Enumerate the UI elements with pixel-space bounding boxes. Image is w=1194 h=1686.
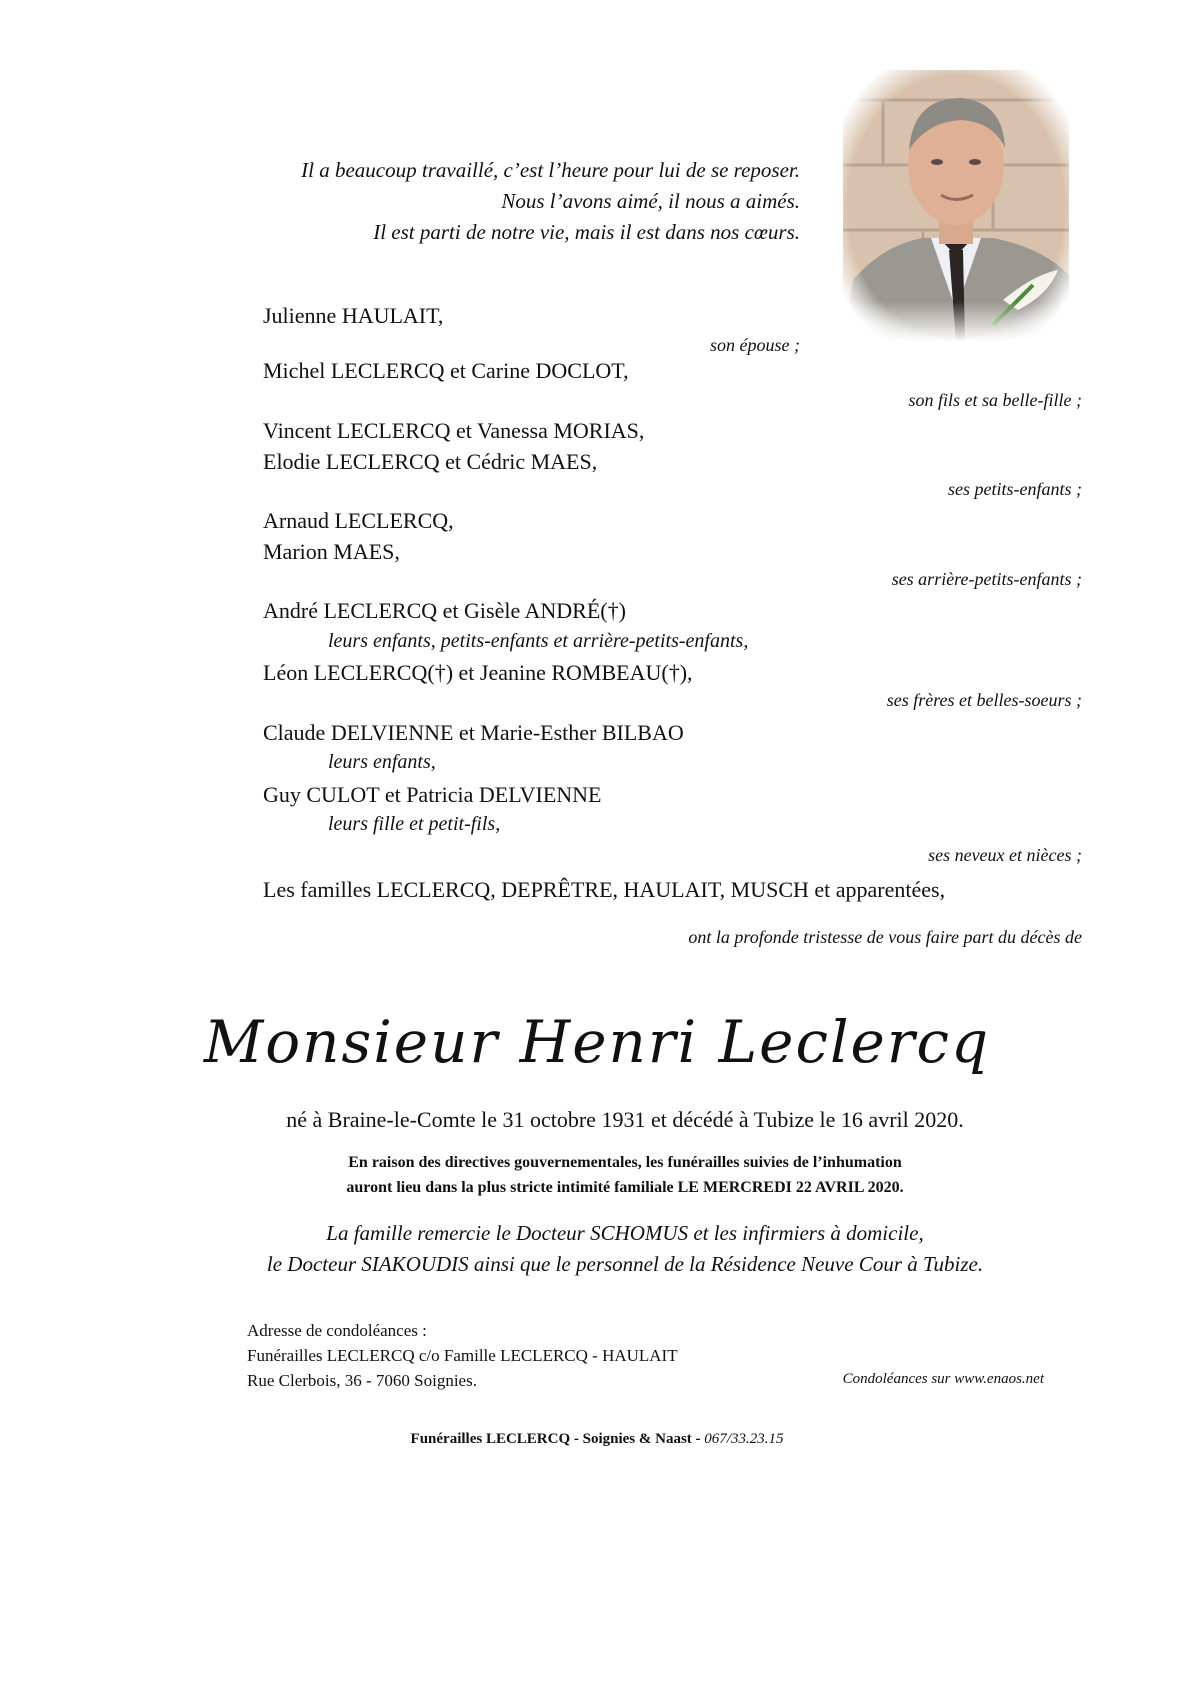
- portrait-photo: [843, 70, 1069, 342]
- address-label: Adresse de condoléances :: [247, 1318, 678, 1343]
- online-condolences-link[interactable]: Condoléances sur www.enaos.net: [843, 1371, 1044, 1388]
- sibling-line-2: Léon LECLERCQ(†) et Jeanine ROMBEAU(†),: [263, 660, 693, 686]
- footer-company: Funérailles LECLERCQ - Soignies & Naast …: [411, 1431, 705, 1447]
- footer-phone: 067/33.23.15: [704, 1431, 783, 1447]
- condolence-address: Adresse de condoléances : Funérailles LE…: [247, 1318, 678, 1393]
- spouse-name: Julienne HAULAIT,: [263, 303, 443, 329]
- nephew-line-2: Guy CULOT et Patricia DELVIENNE: [263, 782, 602, 808]
- families-line: Les familles LECLERCQ, DEPRÊTRE, HAULAIT…: [263, 877, 945, 903]
- funeral-notice: En raison des directives gouvernementale…: [28, 1150, 1194, 1200]
- notice-line-1: En raison des directives gouvernementale…: [28, 1150, 1194, 1175]
- thanks-line-1: La famille remercie le Docteur SCHOMUS e…: [28, 1218, 1194, 1249]
- poem: Il a beaucoup travaillé, c’est l’heure p…: [301, 155, 800, 248]
- son-name: Michel LECLERCQ et Carine DOCLOT,: [263, 358, 629, 384]
- nephew-line-1: Claude DELVIENNE et Marie-Esther BILBAO: [263, 720, 684, 746]
- footer: Funérailles LECLERCQ - Soignies & Naast …: [0, 1431, 1194, 1448]
- poem-line-1: Il a beaucoup travaillé, c’est l’heure p…: [301, 155, 800, 186]
- grandchild-name-2: Elodie LECLERCQ et Cédric MAES,: [263, 449, 597, 475]
- poem-line-3: Il est parti de notre vie, mais il est d…: [301, 217, 800, 248]
- birth-death-line: né à Braine-le-Comte le 31 octobre 1931 …: [28, 1107, 1194, 1133]
- siblings-role: ses frères et belles-soeurs ;: [887, 690, 1082, 711]
- notice-line-2: auront lieu dans la plus stricte intimit…: [28, 1175, 1194, 1200]
- nephew-sub-1: leurs enfants,: [328, 751, 436, 774]
- grandchildren-role: ses petits-enfants ;: [948, 479, 1082, 500]
- great-grandchild-name-2: Marion MAES,: [263, 539, 400, 565]
- address-line-1: Funérailles LECLERCQ c/o Famille LECLERC…: [247, 1343, 678, 1368]
- thanks-line-2: le Docteur SIAKOUDIS ainsi que le person…: [28, 1249, 1194, 1280]
- deceased-name: Monsieur Henri Leclercq: [0, 1008, 1194, 1076]
- grandchild-name-1: Vincent LECLERCQ et Vanessa MORIAS,: [263, 418, 644, 444]
- son-role: son fils et sa belle-fille ;: [909, 390, 1082, 411]
- poem-line-2: Nous l’avons aimé, il nous a aimés.: [301, 186, 800, 217]
- spouse-role: son épouse ;: [710, 335, 800, 356]
- nephew-sub-2: leurs fille et petit-fils,: [328, 813, 500, 836]
- sibling-descendants: leurs enfants, petits-enfants et arrière…: [328, 630, 748, 653]
- sibling-line-1: André LECLERCQ et Gisèle ANDRÉ(†): [263, 598, 626, 624]
- address-line-2: Rue Clerbois, 36 - 7060 Soignies.: [247, 1368, 678, 1393]
- nephews-role: ses neveux et nièces ;: [928, 845, 1082, 866]
- announcement: ont la profonde tristesse de vous faire …: [688, 927, 1082, 948]
- great-grandchild-name-1: Arnaud LECLERCQ,: [263, 508, 454, 534]
- thanks: La famille remercie le Docteur SCHOMUS e…: [28, 1218, 1194, 1280]
- great-grandchildren-role: ses arrière-petits-enfants ;: [892, 569, 1082, 590]
